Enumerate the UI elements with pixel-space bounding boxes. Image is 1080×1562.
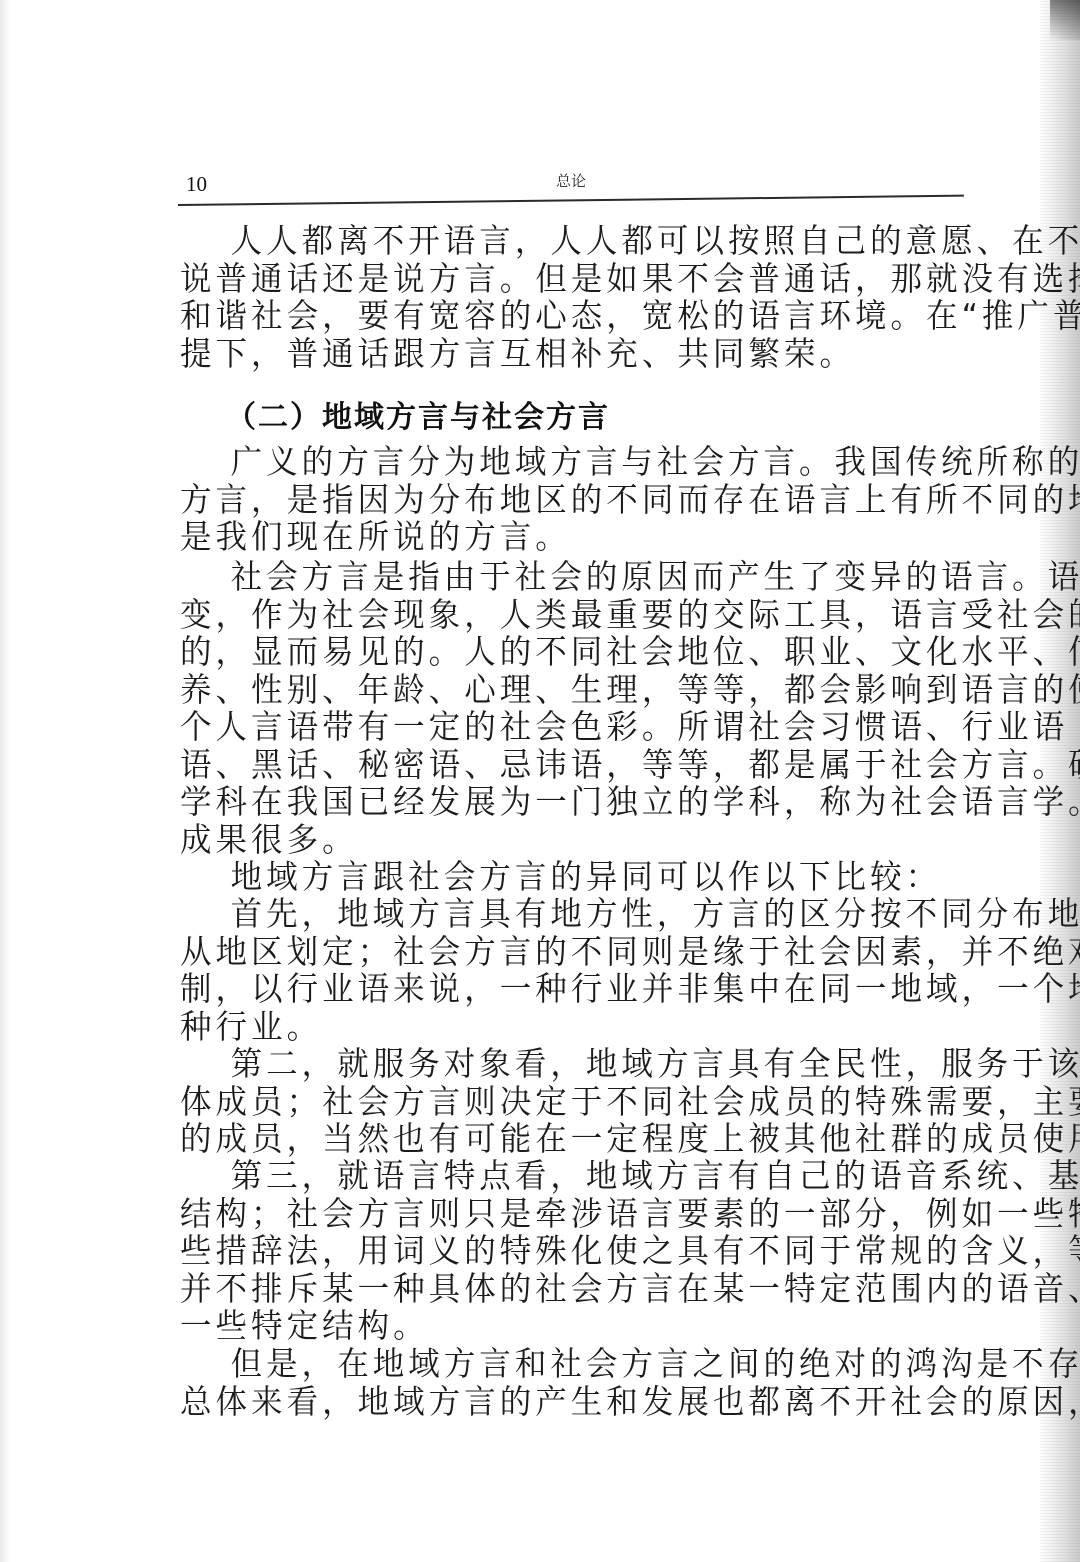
text-line: 第三，就语言特点看，地域方言有自己的语音系统、基本词汇和语法	[180, 1157, 944, 1195]
text-line: 但是，在地域方言和社会方言之间的绝对的鸿沟是不存在的，因为从	[180, 1345, 944, 1383]
text-line: 养、性别、年龄、心理、生理，等等，都会影响到语言的使用，使他们的	[180, 671, 944, 709]
text-line: 从地区划定；社会方言的不同则是缘于社会因素，并不绝对受地域的限	[180, 933, 944, 971]
paragraph-2: 广义的方言分为地域方言与社会方言。我国传统所称的方言是指地域 方言，是指因为分布…	[180, 443, 980, 556]
text-line: 语、黑话、秘密语、忌讳语，等等，都是属于社会方言。研究社会方言的	[180, 746, 944, 784]
text-line: 的，显而易见的。人的不同社会地位、职业、文化水平、信仰、思想修	[180, 633, 944, 671]
paragraph-1: 人人都离不开语言，人人都可以按照自己的意愿、在不同的场合选择 说普通话还是说方言…	[180, 222, 980, 372]
text-line: 些措辞法，用词义的特殊化使之具有不同于常规的含义，等等。当然，这	[180, 1232, 944, 1270]
paragraph-7: 第三，就语言特点看，地域方言有自己的语音系统、基本词汇和语法 结构；社会方言则只…	[180, 1157, 980, 1345]
text-line: 社会方言是指由于社会的原因而产生了变异的语言。语言与社会共	[180, 558, 944, 596]
text-line: 体成员；社会方言则决定于不同社会成员的特殊需要，主要服务于本社群	[180, 1083, 944, 1121]
page-header: 10 总论	[178, 168, 964, 208]
text-line: 和谐社会，要有宽容的心态，宽松的语言环境。在“推广普通话”的前	[180, 297, 944, 335]
text-line: 说普通话还是说方言。但是如果不会普通话，那就没有选择的余地。建立	[180, 260, 944, 298]
text-line: 成果很多。	[180, 821, 944, 859]
text-line: 地域方言跟社会方言的异同可以作以下比较：	[180, 858, 944, 896]
paragraph-5: 首先，地域方言具有地方性，方言的区分按不同分布地域的语言特点 从地区划定；社会方…	[180, 895, 980, 1045]
text-line: 并不排斥某一种具体的社会方言在某一特定范围内的语音、词汇、语法的	[180, 1270, 944, 1308]
section-heading: （二）地域方言与社会方言	[226, 392, 610, 436]
paragraph-3: 社会方言是指由于社会的原因而产生了变异的语言。语言与社会共 变，作为社会现象，人…	[180, 558, 980, 858]
text-line: 第二，就服务对象看，地域方言具有全民性，服务于该分布区内的全	[180, 1045, 944, 1083]
text-line: 种行业。	[180, 1008, 944, 1046]
text-line: 制，以行业语来说，一种行业并非集中在同一地域，一个地方也不限于一	[180, 970, 944, 1008]
text-line: 提下，普通话跟方言互相补充、共同繁荣。	[180, 335, 944, 373]
text-line: 个人言语带有一定的社会色彩。所谓社会习惯语、行业语（行话）、隐	[180, 708, 944, 746]
text-line: 学科在我国已经发展为一门独立的学科，称为社会语言学。这方面的研究	[180, 783, 944, 821]
running-head: 总论	[178, 170, 964, 191]
text-line: 首先，地域方言具有地方性，方言的区分按不同分布地域的语言特点	[180, 895, 944, 933]
scan-shadow-left	[0, 0, 10, 1562]
paragraph-8: 但是，在地域方言和社会方言之间的绝对的鸿沟是不存在的，因为从 总体来看，地域方言…	[180, 1345, 980, 1420]
text-line: 结构；社会方言则只是牵涉语言要素的一部分，例如一些特殊的用词、某	[180, 1195, 944, 1233]
paragraph-4: 地域方言跟社会方言的异同可以作以下比较：	[180, 858, 980, 896]
text-line: 广义的方言分为地域方言与社会方言。我国传统所称的方言是指地域	[180, 443, 944, 481]
text-line: 总体来看，地域方言的产生和发展也都离不开社会的原因，地域方言也是	[180, 1383, 944, 1421]
text-line: 是我们现在所说的方言。	[180, 518, 944, 556]
text-line: 方言，是指因为分布地区的不同而存在语言上有所不同的地方话，这也正	[180, 481, 944, 519]
text-line: 的成员，当然也有可能在一定程度上被其他社群的成员使用。	[180, 1120, 944, 1158]
text-line: 人人都离不开语言，人人都可以按照自己的意愿、在不同的场合选择	[180, 222, 944, 260]
paragraph-6: 第二，就服务对象看，地域方言具有全民性，服务于该分布区内的全 体成员；社会方言则…	[180, 1045, 980, 1158]
text-line: 变，作为社会现象，人类最重要的交际工具，语言受社会的影响是必然	[180, 596, 944, 634]
text-line: 一些特定结构。	[180, 1307, 944, 1345]
header-rule	[178, 195, 964, 206]
